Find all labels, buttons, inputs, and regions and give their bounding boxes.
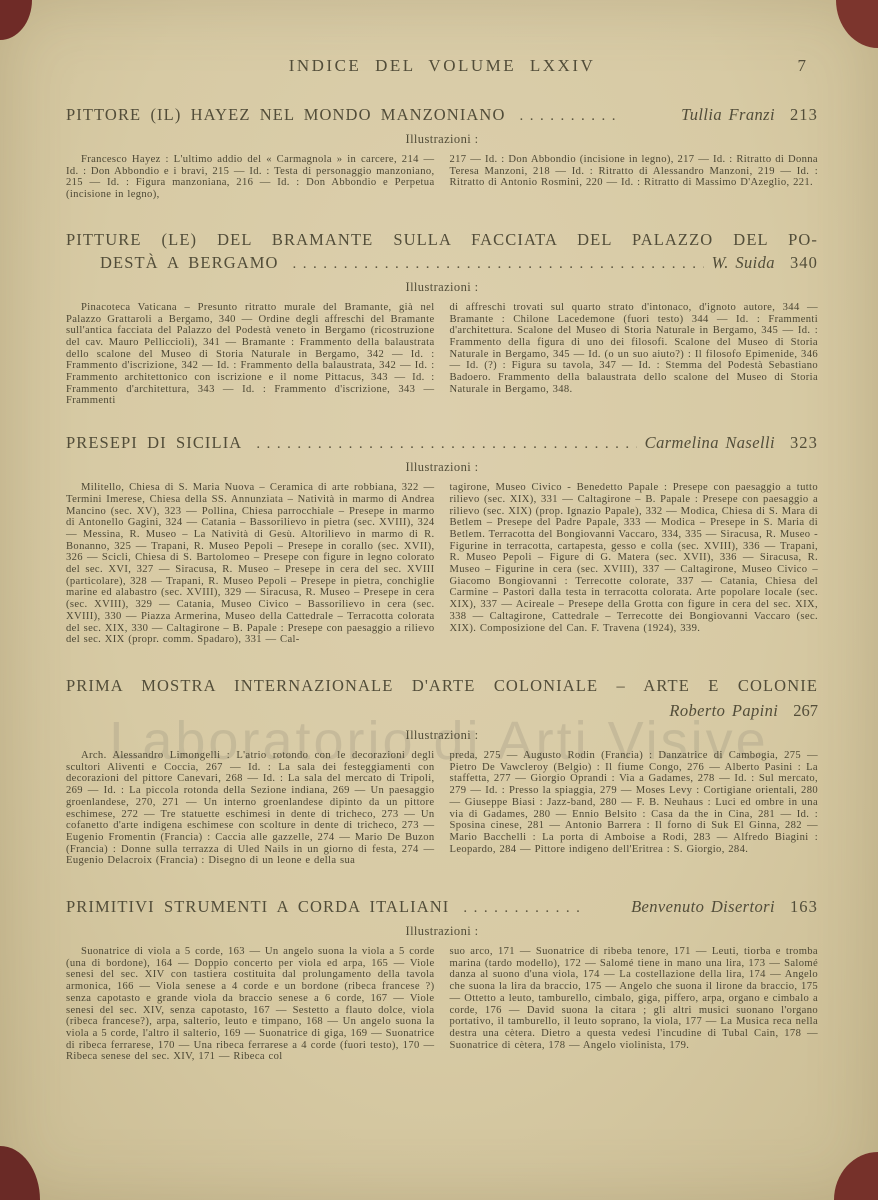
entry-title-line2: DESTÀ A BERGAMO (100, 253, 279, 273)
illustrations-label: Illustrazioni : (66, 280, 818, 295)
entry-title-row: DESTÀ A BERGAMO ........................… (66, 253, 818, 273)
index-entry-mostra-coloniale: PRIMA MOSTRA INTERNAZIONALE D'ARTE COLON… (66, 676, 818, 867)
entry-title-line1: PRIMA MOSTRA INTERNAZIONALE D'ARTE COLON… (66, 676, 818, 696)
dot-leader: ........................................… (293, 256, 704, 273)
entry-title: PRESEPI DI SICILIA (66, 433, 242, 453)
entry-author: Roberto Papini (669, 701, 778, 721)
page-corner-backing-bottom-left (0, 1146, 40, 1200)
entry-title-row: PITTORE (IL) HAYEZ NEL MONDO MANZONIANO … (66, 105, 818, 125)
entry-column-right: tagirone, Museo Civico - Benedetto Papal… (450, 482, 819, 646)
illustrations-label: Illustrazioni : (66, 132, 818, 147)
entry-page-number: 163 (790, 897, 818, 917)
entry-column-left: Suonatrice di viola a 5 corde, 163 — Un … (66, 946, 435, 1063)
entry-columns: Arch. Alessandro Limongelli : L'atrio ro… (66, 750, 818, 867)
dot-leader: .......... (519, 108, 673, 125)
entry-title: PRIMITIVI STRUMENTI A CORDA ITALIANI (66, 897, 449, 917)
entry-column-left: Militello, Chiesa di S. Maria Nuova – Ce… (66, 482, 435, 646)
entry-column-right: 217 — Id. : Don Abbondio (incisione in l… (450, 154, 819, 201)
entry-columns: Militello, Chiesa di S. Maria Nuova – Ce… (66, 482, 818, 646)
illustrations-label: Illustrazioni : (66, 728, 818, 743)
entry-column-right: di affreschi trovati sul quarto strato d… (450, 302, 819, 407)
index-entry-bramante: PITTURE (LE) DEL BRAMANTE SULLA FACCIATA… (66, 230, 818, 407)
index-entry-presepi: PRESEPI DI SICILIA .....................… (66, 433, 818, 646)
entry-title-row: PRESEPI DI SICILIA .....................… (66, 433, 818, 453)
page-title: INDICE DEL VOLUME LXXIV (289, 56, 596, 75)
dot-leader: ........................................… (256, 436, 636, 453)
entry-column-left: Arch. Alessandro Limongelli : L'atrio ro… (66, 750, 435, 867)
index-entry-hayez: PITTORE (IL) HAYEZ NEL MONDO MANZONIANO … (66, 105, 818, 201)
entry-author: Tullia Franzi (681, 105, 775, 125)
illustrations-label: Illustrazioni : (66, 460, 818, 475)
entry-columns: Pinacoteca Vaticana – Presunto ritratto … (66, 302, 818, 407)
entry-column-right: suo arco, 171 — Suonatrice di ribeba ten… (450, 946, 819, 1063)
entry-title-line1: PITTURE (LE) DEL BRAMANTE SULLA FACCIATA… (66, 230, 818, 250)
entry-title: PITTORE (IL) HAYEZ NEL MONDO MANZONIANO (66, 105, 505, 125)
page-header: INDICE DEL VOLUME LXXIV 7 (66, 56, 818, 80)
entry-author: W. Suida (712, 253, 775, 273)
page-content: INDICE DEL VOLUME LXXIV 7 PITTORE (IL) H… (0, 0, 878, 1063)
entry-page-number: 213 (790, 105, 818, 125)
entry-column-right: preda, 275 — Augusto Rodin (Francia) : D… (450, 750, 819, 867)
illustrations-label: Illustrazioni : (66, 924, 818, 939)
entry-columns: Suonatrice di viola a 5 corde, 163 — Un … (66, 946, 818, 1063)
entry-page-number: 340 (790, 253, 818, 273)
entry-column-left: Francesco Hayez : L'ultimo addio del « C… (66, 154, 435, 201)
entry-author: Benvenuto Disertori (631, 897, 775, 917)
dot-leader: ............ (463, 900, 623, 917)
entry-title-row: PRIMITIVI STRUMENTI A CORDA ITALIANI ...… (66, 897, 818, 917)
entry-column-left: Pinacoteca Vaticana – Presunto ritratto … (66, 302, 435, 407)
page-corner-backing-bottom-right (834, 1152, 878, 1200)
folio-page-number: 7 (798, 56, 807, 76)
index-entry-strumenti: PRIMITIVI STRUMENTI A CORDA ITALIANI ...… (66, 897, 818, 1063)
entry-page-number: 267 (793, 701, 818, 721)
scanned-index-page: Laboratorio di Arti Visive INDICE DEL VO… (0, 0, 878, 1200)
entry-author-row: Roberto Papini 267 (66, 701, 818, 721)
entry-columns: Francesco Hayez : L'ultimo addio del « C… (66, 154, 818, 201)
entry-page-number: 323 (790, 433, 818, 453)
entry-author: Carmelina Naselli (645, 433, 775, 453)
